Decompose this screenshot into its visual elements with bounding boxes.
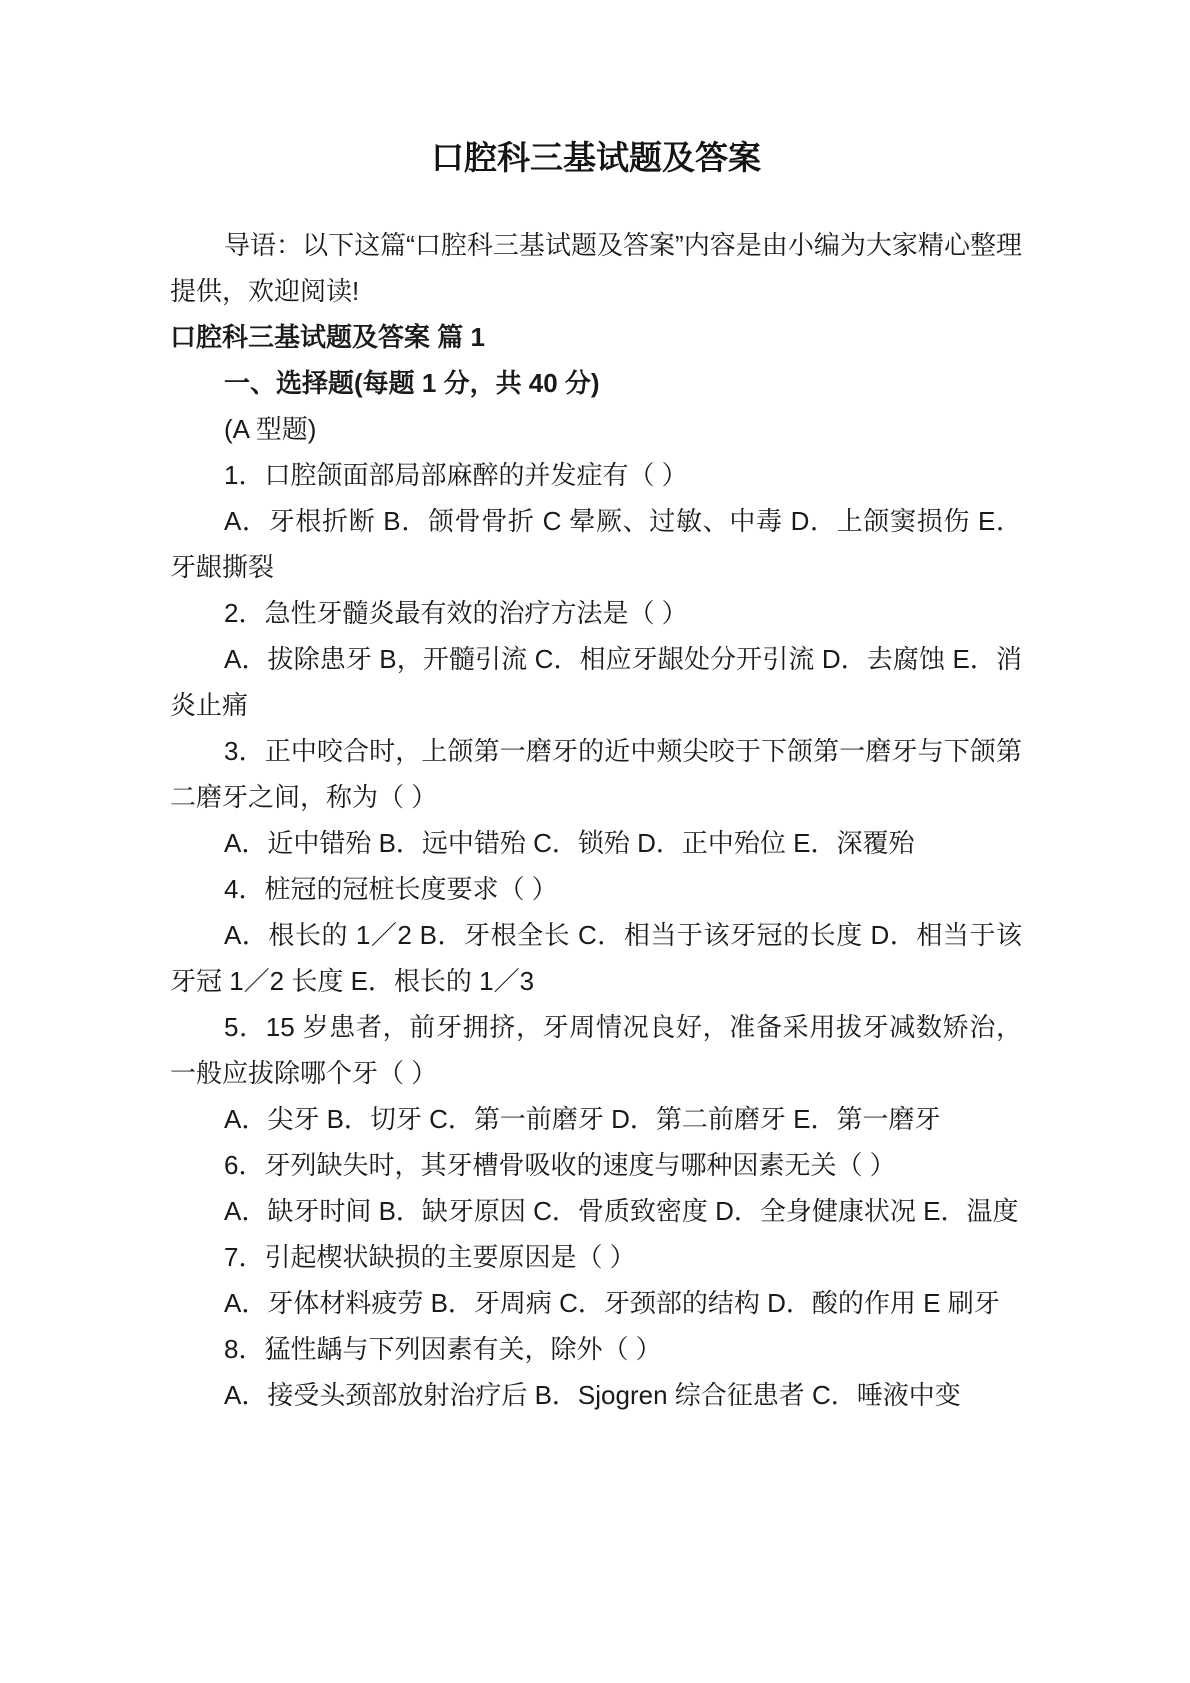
- question-options: A．尖牙 B．切牙 C．第一前磨牙 D．第二前磨牙 E．第一磨牙: [170, 1096, 1022, 1142]
- question-options: A．根长的 1／2 B．牙根全长 C．相当于该牙冠的长度 D．相当于该牙冠 1／…: [170, 912, 1022, 1004]
- question-text: 6．牙列缺失时，其牙槽骨吸收的速度与哪种因素无关（ ）: [170, 1142, 1022, 1188]
- question-block-8: 8．猛性龋与下列因素有关，除外（ ） A．接受头颈部放射治疗后 B．Sjogre…: [170, 1326, 1022, 1418]
- question-options: A．接受头颈部放射治疗后 B．Sjogren 综合征患者 C．唾液中变: [170, 1372, 1022, 1418]
- question-options: A．牙根折断 B．颌骨骨折 C 晕厥、过敏、中毒 D．上颌窦损伤 E．牙龈撕裂: [170, 498, 1022, 590]
- document-content: 口腔科三基试题及答案 导语：以下这篇“口腔科三基试题及答案”内容是由小编为大家精…: [0, 0, 1190, 1418]
- question-text: 7．引起楔状缺损的主要原因是（ ）: [170, 1234, 1022, 1280]
- question-text: 2．急性牙髓炎最有效的治疗方法是（ ）: [170, 590, 1022, 636]
- question-options: A．牙体材料疲劳 B．牙周病 C．牙颈部的结构 D．酸的作用 E 刷牙: [170, 1280, 1022, 1326]
- intro-paragraph: 导语：以下这篇“口腔科三基试题及答案”内容是由小编为大家精心整理提供，欢迎阅读!: [170, 222, 1022, 314]
- question-block-4: 4．桩冠的冠桩长度要求（ ） A．根长的 1／2 B．牙根全长 C．相当于该牙冠…: [170, 866, 1022, 1004]
- document-page: 口腔科三基试题及答案 导语：以下这篇“口腔科三基试题及答案”内容是由小编为大家精…: [0, 0, 1190, 1683]
- question-block-2: 2．急性牙髓炎最有效的治疗方法是（ ） A．拔除患牙 B，开髓引流 C．相应牙龈…: [170, 590, 1022, 728]
- question-block-3: 3．正中咬合时，上颌第一磨牙的近中颊尖咬于下颌第一磨牙与下颌第二磨牙之间，称为（…: [170, 728, 1022, 866]
- question-block-7: 7．引起楔状缺损的主要原因是（ ） A．牙体材料疲劳 B．牙周病 C．牙颈部的结…: [170, 1234, 1022, 1326]
- question-text: 1．口腔颌面部局部麻醉的并发症有（ ）: [170, 452, 1022, 498]
- question-block-5: 5．15 岁患者，前牙拥挤，牙周情况良好，准备采用拔牙减数矫治，一般应拔除哪个牙…: [170, 1004, 1022, 1142]
- part-heading: 一、选择题(每题 1 分，共 40 分): [170, 360, 1022, 406]
- question-options: A．近中错殆 B．远中错殆 C．锁殆 D．正中殆位 E．深覆殆: [170, 820, 1022, 866]
- question-block-1: 1．口腔颌面部局部麻醉的并发症有（ ） A．牙根折断 B．颌骨骨折 C 晕厥、过…: [170, 452, 1022, 590]
- question-block-6: 6．牙列缺失时，其牙槽骨吸收的速度与哪种因素无关（ ） A．缺牙时间 B．缺牙原…: [170, 1142, 1022, 1234]
- question-text: 3．正中咬合时，上颌第一磨牙的近中颊尖咬于下颌第一磨牙与下颌第二磨牙之间，称为（…: [170, 728, 1022, 820]
- question-text: 8．猛性龋与下列因素有关，除外（ ）: [170, 1326, 1022, 1372]
- question-options: A．拔除患牙 B，开髓引流 C．相应牙龈处分开引流 D．去腐蚀 E．消炎止痛: [170, 636, 1022, 728]
- section-title: 口腔科三基试题及答案 篇 1: [170, 314, 1022, 360]
- question-type-label: (A 型题): [170, 406, 1022, 452]
- question-options: A．缺牙时间 B．缺牙原因 C．骨质致密度 D．全身健康状况 E．温度: [170, 1188, 1022, 1234]
- question-text: 4．桩冠的冠桩长度要求（ ）: [170, 866, 1022, 912]
- question-text: 5．15 岁患者，前牙拥挤，牙周情况良好，准备采用拔牙减数矫治，一般应拔除哪个牙…: [170, 1004, 1022, 1096]
- document-title: 口腔科三基试题及答案: [170, 136, 1022, 180]
